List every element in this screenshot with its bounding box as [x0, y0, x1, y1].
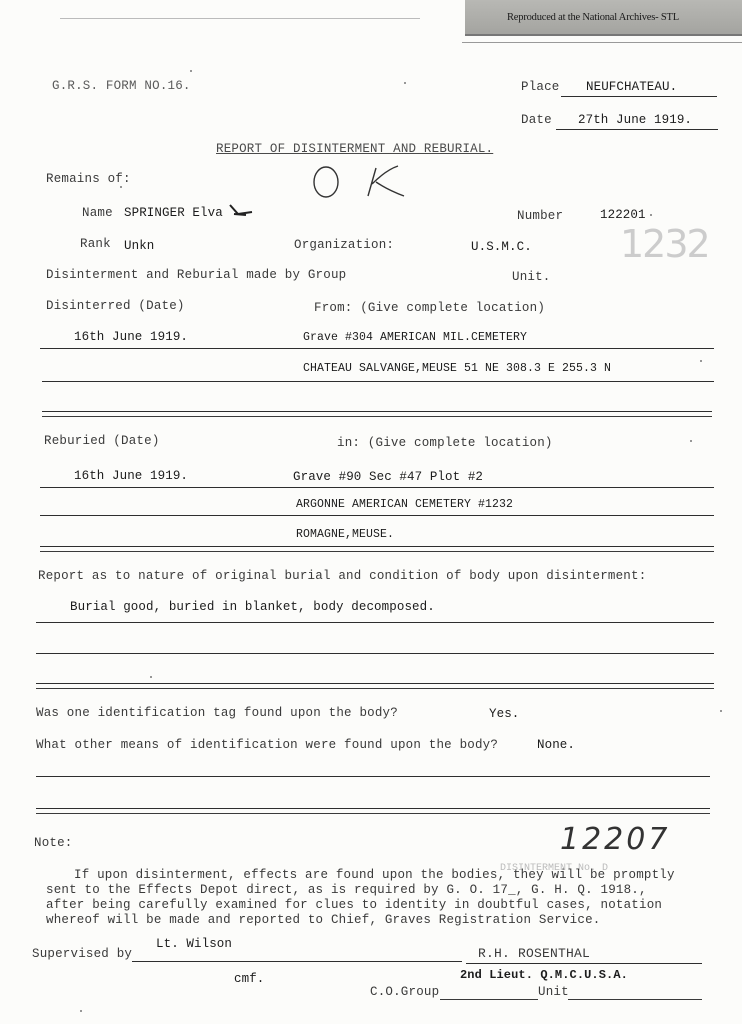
scan-speck	[80, 1010, 82, 1012]
id-tag-value: Yes.	[489, 707, 519, 721]
signature-line	[466, 963, 702, 964]
other-id-line-2	[36, 808, 710, 809]
disinterred-line-3	[42, 411, 712, 412]
from-label: From: (Give complete location)	[314, 301, 545, 315]
other-id-value: None.	[537, 738, 575, 752]
organization-label: Organization:	[294, 238, 394, 252]
other-id-line-1	[36, 776, 710, 777]
scan-speck	[690, 440, 692, 442]
disinterred-location-1: Grave #304 AMERICAN MIL.CEMETERY	[303, 331, 527, 344]
made-by-unit-label: Unit.	[512, 270, 551, 284]
note-line-1: If upon disinterment, effects are found …	[74, 868, 675, 882]
top-scan-line	[60, 18, 420, 19]
unit-label: Unit	[538, 985, 569, 999]
reburied-line-1	[40, 487, 714, 488]
date-value: 27th June 1919.	[578, 113, 692, 127]
number-label: Number	[517, 209, 563, 223]
margin-handwritten-number: 1232	[620, 222, 709, 266]
unit-line	[568, 999, 702, 1000]
supervised-line	[132, 961, 462, 962]
disinterred-line-3b	[42, 416, 712, 417]
condition-line-2	[36, 653, 714, 654]
scan-speck	[150, 676, 152, 678]
handwritten-number: 12207	[560, 822, 670, 857]
reburied-date: 16th June 1919.	[74, 469, 188, 483]
archive-stamp-text: Reproduced at the National Archives- STL	[507, 12, 679, 23]
disinterred-date: 16th June 1919.	[74, 330, 188, 344]
supervised-label: Supervised by	[32, 947, 132, 961]
reburied-line-3b	[40, 551, 714, 552]
name-value: SPRINGER Elva	[124, 206, 223, 220]
stamp-edge	[462, 36, 742, 43]
scan-speck	[404, 82, 406, 84]
condition-line-1	[36, 622, 714, 623]
reburied-line-2	[40, 515, 714, 516]
initials: cmf.	[234, 972, 264, 986]
reburied-label: Reburied (Date)	[44, 434, 160, 448]
reburied-location-2: ARGONNE AMERICAN CEMETERY #1232	[296, 498, 513, 511]
page-title: REPORT OF DISINTERMENT AND REBURIAL.	[216, 142, 493, 156]
note-line-3: after being carefully examined for clues…	[46, 898, 662, 912]
disinterred-line-2	[42, 381, 714, 382]
name-label: Name	[82, 206, 113, 220]
signature-name: R.H. ROSENTHAL	[478, 946, 590, 961]
scan-speck	[700, 360, 702, 362]
archive-stamp: Reproduced at the National Archives- STL	[465, 0, 742, 36]
place-label: Place	[521, 80, 560, 94]
reburied-location-3: ROMAGNE,MEUSE.	[296, 528, 394, 541]
reburied-line-3	[40, 546, 714, 547]
supervised-value: Lt. Wilson	[156, 937, 232, 951]
form-id: G.R.S. FORM NO.16.	[52, 79, 191, 93]
condition-line-3	[36, 683, 714, 684]
other-id-label: What other means of identification were …	[36, 738, 498, 752]
other-id-line-2b	[36, 813, 710, 814]
disinterred-location-2: CHATEAU SALVANGE,MEUSE 51 NE 308.3 E 255…	[303, 362, 611, 375]
co-group-label: C.O.Group	[370, 985, 439, 999]
note-label: Note:	[34, 836, 73, 850]
rank-value: Unkn	[124, 239, 154, 253]
scan-speck	[720, 710, 722, 712]
reburied-location-1: Grave #90 Sec #47 Plot #2	[293, 470, 483, 484]
id-tag-label: Was one identification tag found upon th…	[36, 706, 398, 720]
date-label: Date	[521, 113, 552, 127]
date-line	[556, 129, 718, 130]
scan-speck	[190, 70, 192, 72]
rank-label: Rank	[80, 237, 111, 251]
number-value: 122201	[600, 208, 646, 222]
condition-label: Report as to nature of original burial a…	[38, 569, 646, 583]
scan-speck	[650, 214, 652, 216]
made-by-label: Disinterment and Reburial made by Group	[46, 268, 346, 282]
note-line-2: sent to the Effects Depot direct, as is …	[46, 883, 647, 897]
condition-line-3b	[36, 688, 714, 689]
signature-title: 2nd Lieut. Q.M.C.U.S.A.	[460, 968, 628, 982]
pen-mark-icon	[226, 202, 254, 218]
remains-label: Remains of:	[46, 172, 131, 186]
organization-value: U.S.M.C.	[471, 240, 532, 254]
in-label: in: (Give complete location)	[337, 436, 553, 450]
place-line	[561, 96, 717, 97]
handwritten-ok	[306, 160, 416, 202]
disinterred-label: Disinterred (Date)	[46, 299, 185, 313]
co-group-line	[440, 999, 538, 1000]
scan-speck	[120, 186, 122, 188]
place-value: NEUFCHATEAU.	[586, 80, 677, 94]
condition-value: Burial good, buried in blanket, body dec…	[70, 600, 435, 614]
note-line-4: whereof will be made and reported to Chi…	[46, 913, 601, 927]
disinterred-line-1	[40, 348, 714, 349]
